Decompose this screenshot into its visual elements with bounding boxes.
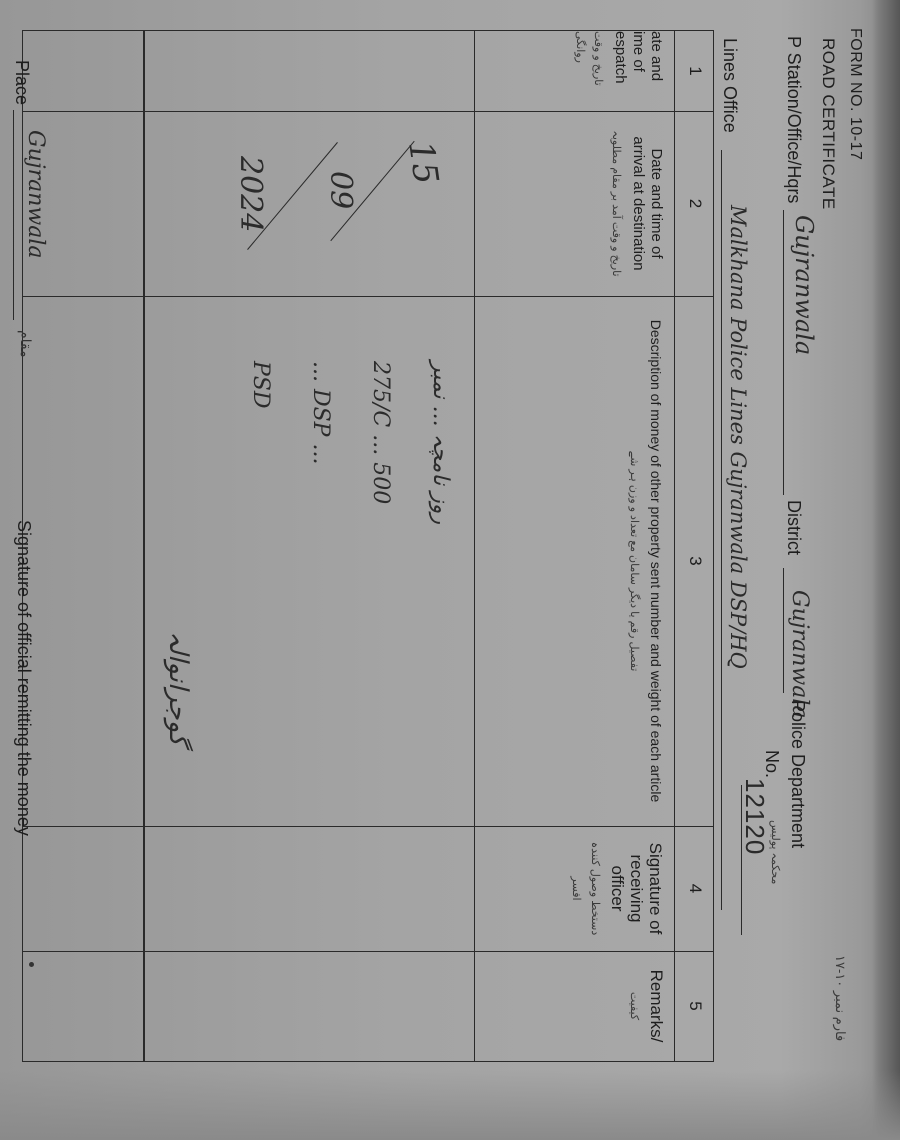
description-line-1: روز نامچہ ... نمبر [428, 361, 453, 524]
column-2-header: Date and time of arrival at destination … [607, 126, 665, 281]
description-line-2: 275/C ... 500 [368, 361, 393, 504]
place-label: Place [11, 60, 32, 105]
date-month: 09 [323, 171, 358, 209]
row-divider [144, 31, 146, 1061]
form-title: ROAD CERTIFICATE [818, 38, 838, 210]
form-number-urdu: فارم نمبر ۱۰-۱۷ [832, 955, 848, 1041]
number-label: No. [761, 750, 782, 778]
column-4-header-urdu: دستخط وصول کنندہ افسر [566, 831, 604, 946]
column-4-header: Signature of receiving officer دستخط وصو… [566, 831, 665, 946]
district-label: District [783, 500, 804, 555]
column-3-header-text: Description of money of other property s… [648, 320, 664, 802]
station-underline [783, 210, 784, 495]
column-2-number: 2 [685, 111, 705, 296]
column-4-number: 4 [685, 826, 705, 951]
place-urdu: مقام [17, 330, 34, 358]
column-5-header-text: Remarks/ [647, 970, 666, 1043]
department-label: Police Department [787, 700, 808, 848]
paper-mark [29, 962, 34, 967]
column-5-header: Remarks/ کیفیت [625, 956, 665, 1056]
station-label: P Station/Office/Hqrs [783, 36, 804, 203]
lines-office-label: Lines Office [719, 38, 740, 133]
column-1-header-urdu: تاریخ و وقت روانگی [571, 31, 607, 107]
column-1-header-text: ate and ime of espatch [612, 31, 665, 84]
column-5-header-urdu: کیفیت [625, 956, 643, 1056]
column-4-header-text: Signature of receiving officer [608, 843, 665, 935]
column-2-header-text: Date and time of arrival at destination [630, 136, 665, 270]
receiver-signature: گوجرانوالہ [163, 631, 193, 746]
road-certificate-form: FORM NO. 10-17 ROAD CERTIFICATE فارم نمب… [0, 0, 900, 1140]
column-3-header: Description of money of other property s… [625, 306, 665, 816]
station-value: Gujranwala [790, 215, 818, 355]
description-line-3: ... DSP ... [308, 361, 333, 464]
page-edge-shadow-right [0, 1070, 900, 1140]
lines-office-underline [721, 150, 722, 910]
page-edge-shadow [872, 0, 900, 1140]
remittance-table: 1 2 3 4 5 ate and ime of espatch تاریخ و… [22, 30, 714, 1062]
place-value: Gujranwala [23, 130, 48, 258]
remitting-official-signature-label: Signature of official remitting the mone… [13, 520, 34, 836]
column-3-number: 3 [685, 296, 705, 826]
date-year: 2024 [233, 156, 268, 232]
description-line-4: PSD [248, 361, 273, 409]
form-number: FORM NO. 10-17 [846, 28, 864, 160]
column-3-header-urdu: تفصیل رقم یا دیگر سامان مع تعداد و وزن ہ… [625, 306, 643, 816]
column-5-number: 5 [685, 951, 705, 1061]
place-underline [13, 110, 14, 320]
column-2-header-urdu: تاریخ و وقت آمد بر مقام مطلوبہ [607, 126, 625, 281]
column-1-number: 1 [685, 31, 705, 111]
column-1-header: ate and ime of espatch تاریخ و وقت روانگ… [571, 31, 665, 107]
serial-number: 12120 [739, 778, 770, 855]
date-day: 15 [400, 138, 446, 186]
district-underline [783, 568, 784, 693]
lines-office-value: Malkhana Police Lines Gujranwala DSP/HQ [726, 205, 750, 669]
department-urdu: محکمہ پولیس [769, 820, 782, 884]
